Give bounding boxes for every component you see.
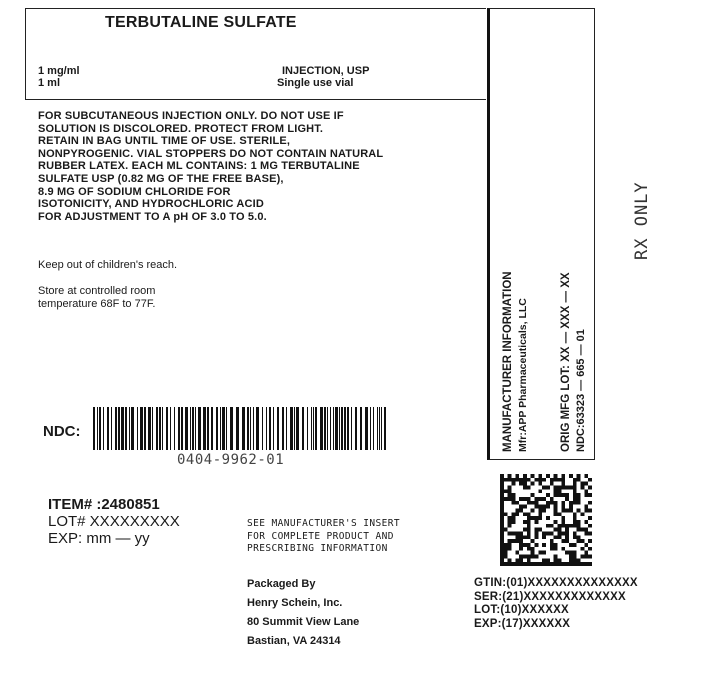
item-number: ITEM# :2480851 bbox=[48, 496, 180, 513]
insert-note-line: PRESCRIBING INFORMATION bbox=[247, 543, 400, 556]
packager-city: Bastian, VA 24314 bbox=[247, 632, 359, 651]
gs1-gtin: GTIN:(01)XXXXXXXXXXXXXX bbox=[474, 577, 638, 591]
warning-line: FOR ADJUSTMENT TO A pH OF 3.0 TO 5.0. bbox=[38, 211, 483, 224]
product-strength: 1 mg/ml bbox=[38, 65, 80, 77]
packager-block: Packaged By Henry Schein, Inc. 80 Summit… bbox=[247, 575, 359, 651]
ndc-number: 0404-9962-01 bbox=[177, 452, 284, 468]
warning-line: SULFATE USP (0.82 MG OF THE FREE BASE), bbox=[38, 173, 483, 186]
insert-note: SEE MANUFACTURER'S INSERT FOR COMPLETE P… bbox=[247, 518, 400, 556]
gs1-lot: LOT:(10)XXXXXX bbox=[474, 604, 638, 618]
insert-note-line: SEE MANUFACTURER'S INSERT bbox=[247, 518, 400, 531]
product-form: INJECTION, USP bbox=[277, 65, 369, 77]
warning-line: RETAIN IN BAG UNTIL TIME OF USE. STERILE… bbox=[38, 135, 483, 148]
warnings-text: FOR SUBCUTANEOUS INJECTION ONLY. DO NOT … bbox=[38, 110, 483, 223]
product-strength-block: 1 mg/ml 1 ml bbox=[38, 65, 80, 89]
storage-line: Store at controlled room bbox=[38, 285, 155, 298]
product-form-block: INJECTION, USP Single use vial bbox=[277, 65, 369, 89]
warning-line: NONPYROGENIC. VIAL STOPPERS DO NOT CONTA… bbox=[38, 148, 483, 161]
storage-notice: Store at controlled room temperature 68F… bbox=[38, 285, 155, 310]
warning-line: 8.9 MG OF SODIUM CHLORIDE FOR bbox=[38, 186, 483, 199]
manufacturer-name: Mfr:APP Pharmaceuticals, LLC bbox=[517, 298, 529, 452]
insert-note-line: FOR COMPLETE PRODUCT AND bbox=[247, 531, 400, 544]
warning-line: SOLUTION IS DISCOLORED. PROTECT FROM LIG… bbox=[38, 123, 483, 136]
gs1-exp: EXP:(17)XXXXXX bbox=[474, 618, 638, 632]
ndc-label: NDC: bbox=[43, 423, 81, 440]
warning-line: FOR SUBCUTANEOUS INJECTION ONLY. DO NOT … bbox=[38, 110, 483, 123]
item-info-block: ITEM# :2480851 LOT# XXXXXXXXX EXP: mm — … bbox=[48, 496, 180, 547]
storage-line: temperature 68F to 77F. bbox=[38, 298, 155, 311]
product-volume: 1 ml bbox=[38, 77, 80, 89]
item-exp: EXP: mm — yy bbox=[48, 530, 180, 547]
product-name: TERBUTALINE SULFATE bbox=[105, 14, 297, 32]
datamatrix-code-icon bbox=[500, 474, 592, 566]
product-container: Single use vial bbox=[277, 77, 369, 89]
warning-line: RUBBER LATEX. EACH ML CONTAINS: 1 MG TER… bbox=[38, 160, 483, 173]
gs1-serial: SER:(21)XXXXXXXXXXXXX bbox=[474, 591, 638, 605]
packager-street: 80 Summit View Lane bbox=[247, 613, 359, 632]
item-lot: LOT# XXXXXXXXX bbox=[48, 513, 180, 530]
warning-line: ISOTONICITY, AND HYDROCHLORIC ACID bbox=[38, 198, 483, 211]
manufacturer-orig-lot: ORIG MFG LOT: XX — XXX — XX bbox=[560, 272, 572, 452]
gs1-info-block: GTIN:(01)XXXXXXXXXXXXXX SER:(21)XXXXXXXX… bbox=[474, 577, 638, 631]
manufacturer-ndc: NDC:63323 — 665 — 01 bbox=[575, 329, 587, 452]
packager-name: Henry Schein, Inc. bbox=[247, 594, 359, 613]
rx-only-label: RX ONLY bbox=[632, 181, 652, 260]
keep-out-notice: Keep out of children's reach. bbox=[38, 259, 177, 271]
manufacturer-heading: MANUFACTURER INFORMATION bbox=[502, 271, 514, 452]
packager-heading: Packaged By bbox=[247, 575, 359, 594]
linear-barcode-icon bbox=[93, 407, 386, 450]
